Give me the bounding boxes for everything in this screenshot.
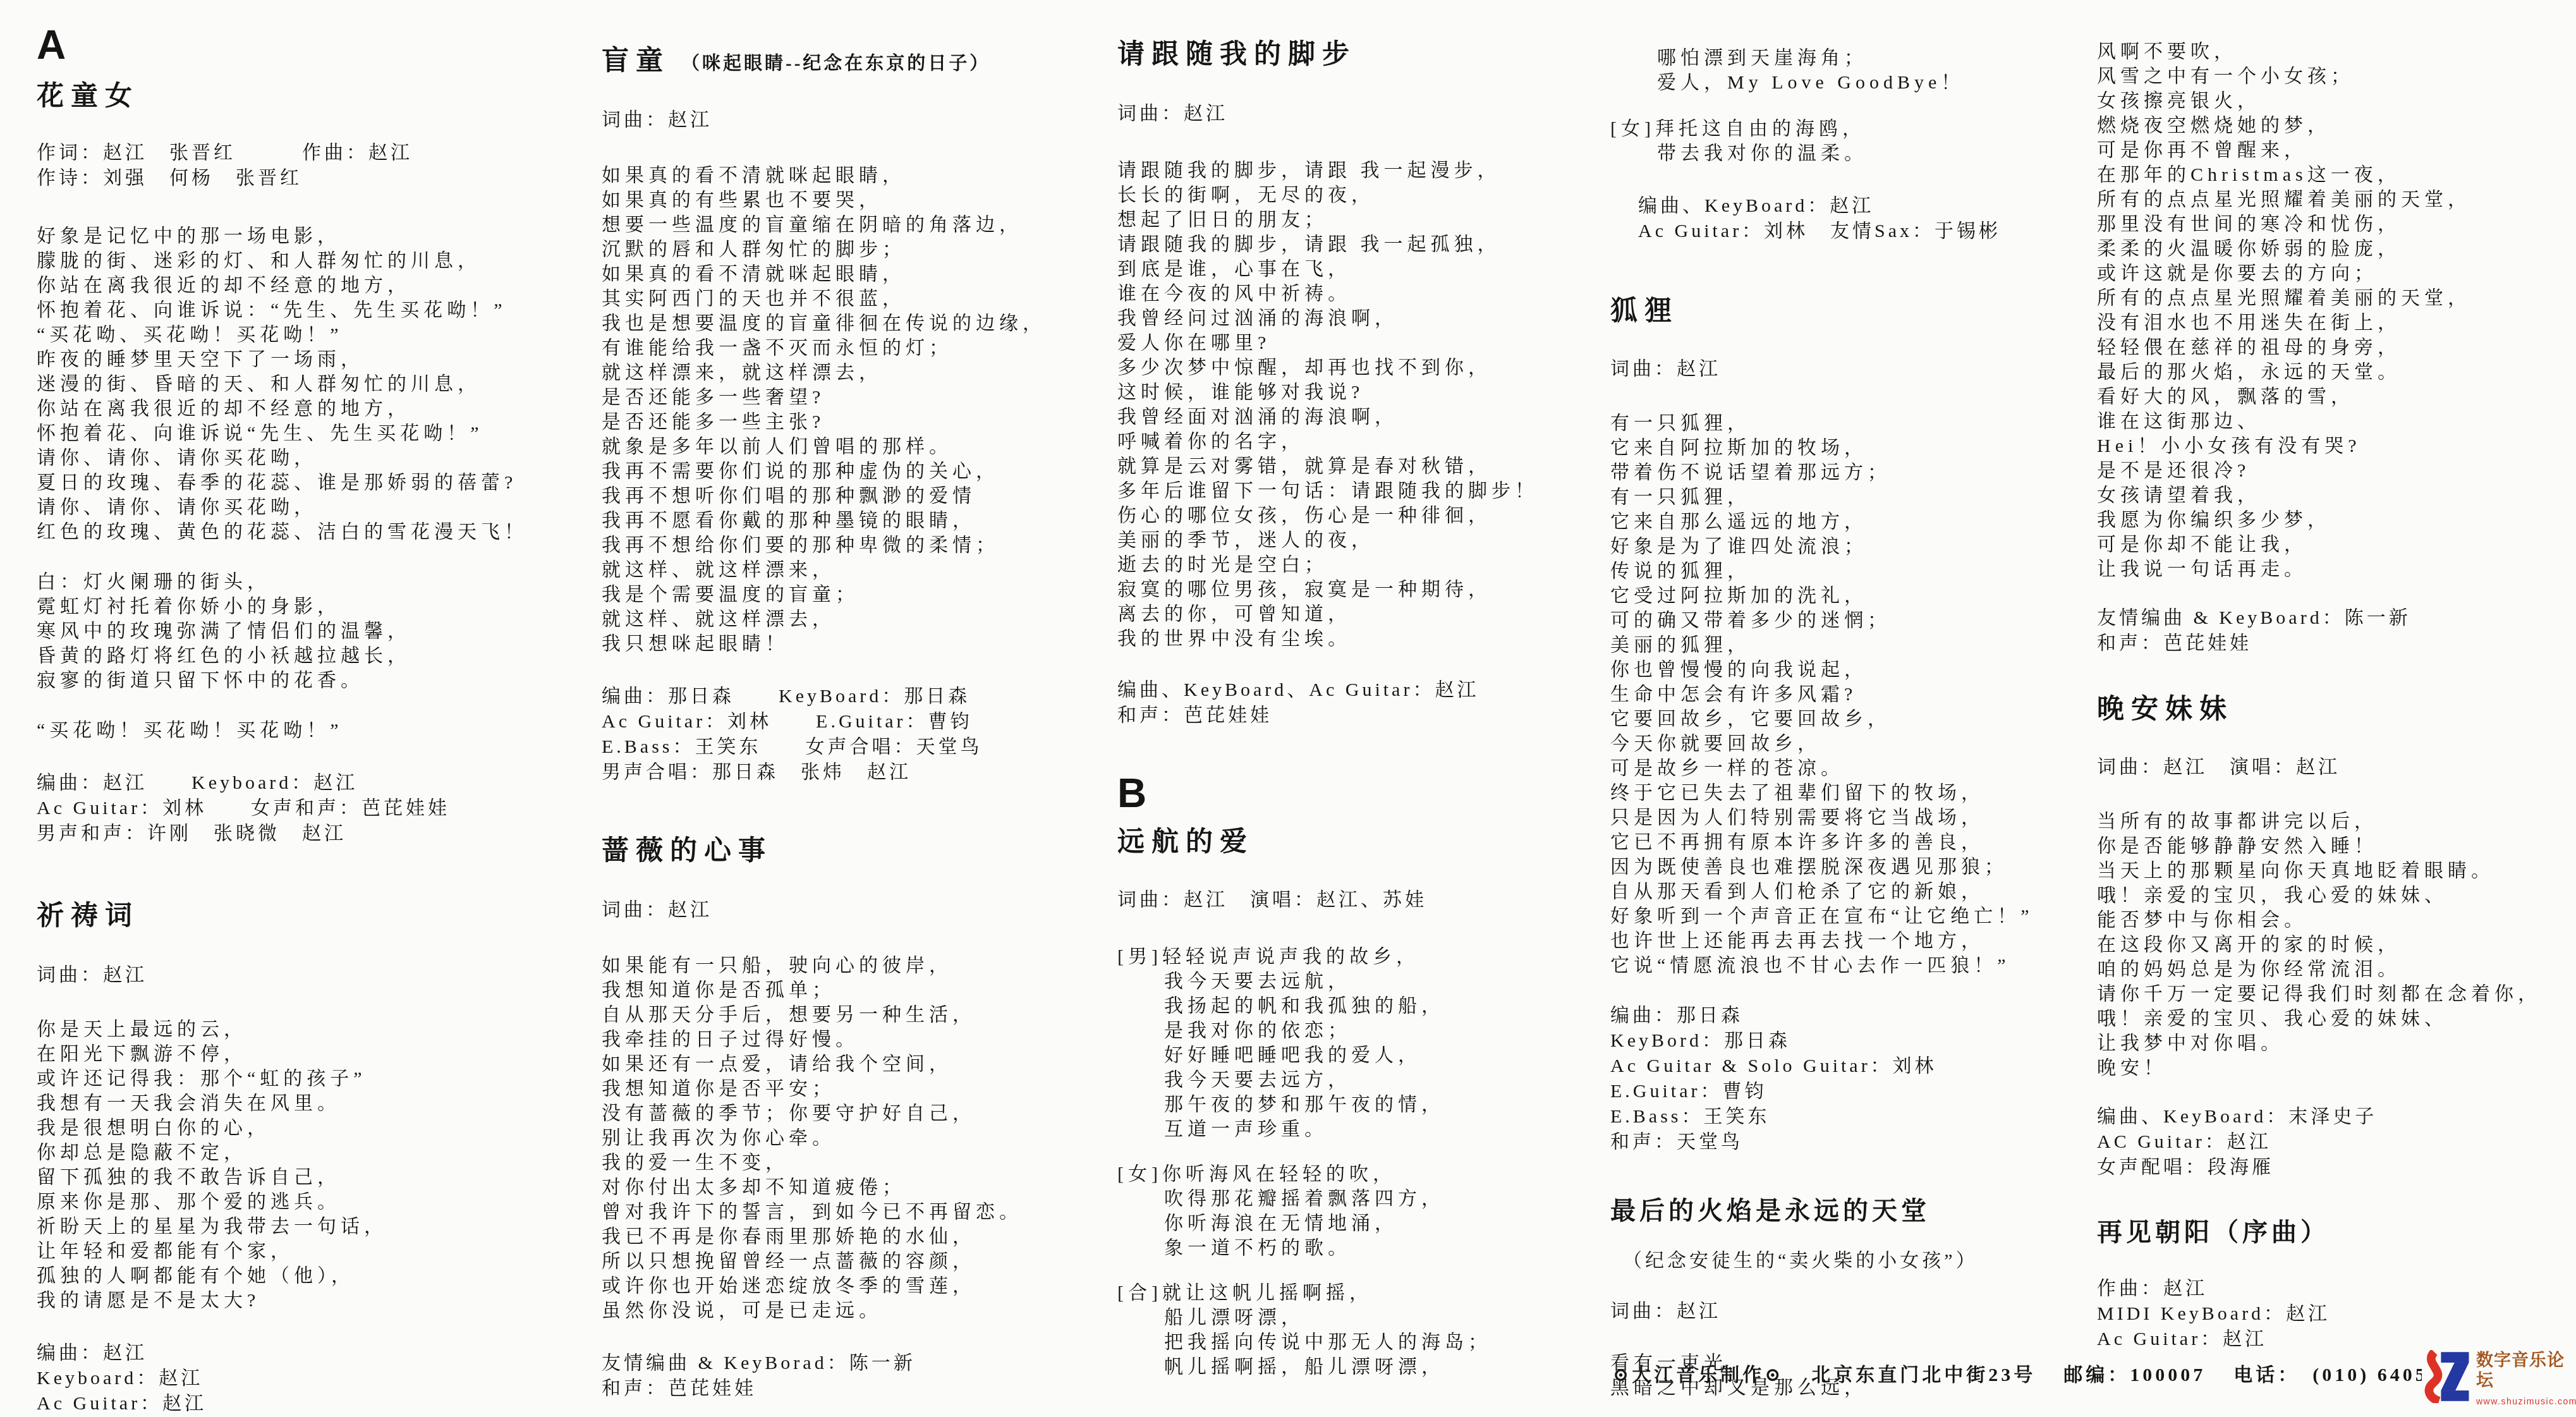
publisher-name: ⊙大江音乐制作⊙ — [1613, 1365, 1783, 1385]
credits-bottom-huatongnv: 编曲：赵江 Keyboard：赵江 Ac Guitar：刘林 女声和声：芭芘娃娃… — [37, 770, 593, 846]
publisher-address: 北京东直门北中街23号 — [1811, 1365, 2036, 1385]
song-title-huoyan: 最后的火焰是永远的天堂 — [1610, 1195, 2110, 1227]
section-a-label: A — [37, 23, 593, 67]
credits-bottom-huoyan: 友情编曲 & KeyBoard：陈一新 和声：芭芘娃娃 — [2097, 605, 2576, 656]
song-title-wanan: 晚安妹妹 — [2097, 693, 2576, 727]
lyrics-booklet-page: A 花童女 作词：赵江 张晋红 作曲：赵江 作诗：刘强 何杨 张晋红 好象是记忆… — [0, 0, 2576, 1417]
song-title-huli: 狐狸 — [1610, 295, 2110, 329]
lyrics-yuanhang-female: [女]你听海风在轻轻的吹， 吹得那花瓣摇着飘落四方， 你听海浪在无情地涌， 象一… — [1117, 1162, 1617, 1260]
lyrics-wanan-verse: 当所有的故事都讲完以后， 你是否能够静静安然入睡！ 当天上的那颗星向你天真地眨着… — [2097, 809, 2576, 1080]
song-title-mangtong: 盲童 — [602, 44, 670, 78]
lyrics-yuanhang-duet-cont: 哪怕漂到天崖海角； 爱人，My Love GoodBye！ — [1610, 46, 2110, 95]
publisher-postcode: 邮编：100007 — [2063, 1365, 2206, 1385]
lyrics-huatongnv-spoken: 白：灯火阑珊的街头， 霓虹灯衬托着你娇小的身影， 寒风中的玫瑰弥满了情侣们的温馨… — [37, 569, 593, 693]
credits-zaijian: 作曲：赵江 MIDI KeyBoard：赵江 Ac Guitar：赵江 — [2097, 1276, 2576, 1352]
lyrics-yuanhang-female2: [女]拜托这自由的海鸥， 带去我对你的温柔。 — [1610, 116, 2110, 166]
song-subtitle-mangtong: （咪起眼睛--纪念在东京的日子） — [681, 49, 990, 75]
credits-top-gensui: 词曲：赵江 — [1117, 101, 1617, 126]
credits-top-huli: 词曲：赵江 — [1610, 356, 2110, 382]
forum-watermark: 数字音乐论坛 www.shuzimusic.com — [2422, 1350, 2576, 1406]
lyrics-mangtong-verse: 如果真的看不清就咪起眼睛， 如果真的有些累也不要哭， 想要一些温度的盲童缩在阴暗… — [602, 163, 1107, 656]
lyrics-qiangwei-verse: 如果能有一只船，驶向心的彼岸， 我想知道你是否孤单； 自从那天分手后，想要另一种… — [602, 953, 1107, 1323]
credits-top-mangtong: 词曲：赵江 — [602, 107, 1107, 133]
lyrics-gensui-verse: 请跟随我的脚步，请跟 我一起漫步， 长长的街啊，无尽的夜， 想起了旧日的朋友； … — [1117, 158, 1617, 651]
credits-bottom-qiangwei: 友情编曲 & KeyBorad：陈一新 和声：芭芘娃娃 — [602, 1351, 1107, 1401]
song-subtitle-huoyan: （纪念安徒生的“卖火柴的小女孩”） — [1610, 1248, 2110, 1274]
publisher-footer: ⊙大江音乐制作⊙北京东直门北中街23号邮编：100007电话： (010) 64… — [1613, 1359, 2494, 1387]
song-title-gensui: 请跟随我的脚步 — [1117, 38, 1617, 72]
lyrics-huoyan-part2: 风啊不要吹， 风雪之中有一个小女孩； 女孩擦亮银火， 燃烧夜空燃烧她的梦， 可是… — [2097, 39, 2576, 581]
credits-bottom-yuanhang: 编曲、KeyBoard：赵江 Ac Guitar：刘林 友情Sax：于锡彬 — [1610, 193, 2110, 244]
song-title-qiangwei: 蔷薇的心事 — [602, 834, 1107, 868]
section-b-label: B — [1117, 771, 1617, 815]
credits-bottom-gensui: 编曲、KeyBoard、Ac Guitar：赵江 和声：芭芘娃娃 — [1117, 678, 1617, 728]
credits-top-qidaoci: 词曲：赵江 — [37, 963, 593, 988]
credits-top-qiangwei: 词曲：赵江 — [602, 897, 1107, 923]
credits-bottom-wanan: 编曲、KeyBoard：末泽史子 AC Guitar：赵江 女声配唱：段海雁 — [2097, 1104, 2576, 1180]
credits-bottom-huli: 编曲：那日森 KeyBord：那日森 Ac Guitar & Solo Guit… — [1610, 1003, 2110, 1155]
song-title-qidaoci: 祈祷词 — [37, 899, 593, 934]
lyrics-huatongnv-verse: 好象是记忆中的那一场电影， 朦胧的街、迷彩的灯、和人群匆忙的川息， 你站在离我很… — [37, 224, 593, 544]
column-2: 盲童 （咪起眼睛--纪念在东京的日子） 词曲：赵江 如果真的看不清就咪起眼睛， … — [602, 0, 1107, 1401]
song-title-yuanhang: 远航的爱 — [1117, 825, 1617, 860]
lyrics-huli-verse: 有一只狐狸， 它来自阿拉斯加的牧场， 带着伤不说话望着那远方； 有一只狐狸， 它… — [1610, 411, 2110, 978]
lyrics-yuanhang-male: [男]轻轻说声说声我的故乡， 我今天要去远航， 我扬起的帆和我孤独的船， 是我对… — [1117, 944, 1617, 1141]
forum-logo-icon — [2422, 1350, 2470, 1403]
column-5: 风啊不要吹， 风雪之中有一个小女孩； 女孩擦亮银火， 燃烧夜空燃烧她的梦， 可是… — [2097, 0, 2576, 1352]
forum-url: www.shuzimusic.com — [2476, 1396, 2576, 1406]
column-4: 哪怕漂到天崖海角； 爱人，My Love GoodBye！ [女]拜托这自由的海… — [1610, 0, 2110, 1400]
credits-top-huatongnv: 作词：赵江 张晋红 作曲：赵江 作诗：刘强 何杨 张晋红 — [37, 140, 593, 191]
song-title-zaijian: 再见朝阳（序曲） — [2097, 1217, 2576, 1248]
column-1: A 花童女 作词：赵江 张晋红 作曲：赵江 作诗：刘强 何杨 张晋红 好象是记忆… — [37, 0, 593, 1416]
lyrics-yuanhang-duet: [合]就让这帆儿摇啊摇， 船儿漂呀漂， 把我摇向传说中那无人的海岛； 帆儿摇啊摇… — [1117, 1280, 1617, 1379]
forum-name: 数字音乐论坛 — [2476, 1350, 2576, 1391]
credits-top-huoyan: 词曲：赵江 — [1610, 1299, 2110, 1324]
lyrics-huatongnv-refrain: “买花呦！买花呦！买花呦！” — [37, 718, 593, 743]
credits-bottom-qidaoci: 编曲：赵江 Keyboard：赵江 Ac Guitar：赵江 — [37, 1341, 593, 1416]
credits-top-yuanhang: 词曲：赵江 演唱：赵江、苏娃 — [1117, 887, 1617, 913]
song-title-huatongnv: 花童女 — [37, 80, 593, 114]
lyrics-qidaoci-verse: 你是天上最远的云， 在阳光下飘游不停， 或许还记得我：那个“虹的孩子” 我想有一… — [37, 1017, 593, 1313]
column-3: 请跟随我的脚步 词曲：赵江 请跟随我的脚步，请跟 我一起漫步， 长长的街啊，无尽… — [1117, 0, 1617, 1379]
credits-bottom-mangtong: 编曲：那日森 KeyBoard：那日森 Ac Guitar：刘林 E.Guita… — [602, 684, 1107, 785]
credits-top-wanan: 词曲：赵江 演唱：赵江 — [2097, 755, 2576, 780]
